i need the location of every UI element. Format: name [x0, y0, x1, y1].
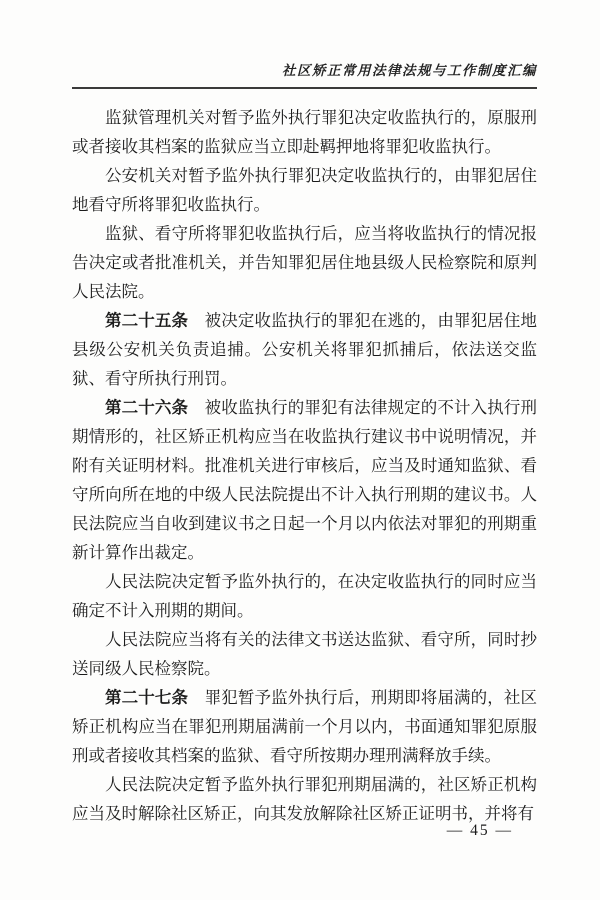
paragraph: 第二十五条被决定收监执行的罪犯在逃的，由罪犯居住地县级公安机关负责追捕。公安机关…: [72, 306, 537, 393]
paragraph: 人民法院决定暂予监外执行罪犯刑期届满的，社区矫正机构应当及时解除社区矫正，向其发…: [72, 770, 537, 828]
header-rule: [72, 87, 537, 89]
paragraph: 人民法院应当将有关的法律文书送达监狱、看守所，同时抄送同级人民检察院。: [72, 625, 537, 683]
paragraph-text: 监狱、看守所将罪犯收监执行后，应当将收监执行的情况报告决定或者批准机关，并告知罪…: [72, 224, 537, 301]
paragraph-text: 公安机关对暂予监外执行罪犯决定收监执行的，由罪犯居住地看守所将罪犯收监执行。: [72, 166, 537, 214]
document-page: 社区矫正常用法律法规与工作制度汇编 监狱管理机关对暂予监外执行罪犯决定收监执行的…: [0, 0, 600, 900]
page-number: — 45 —: [447, 822, 513, 840]
paragraph: 第二十六条被收监执行的罪犯有法律规定的不计入执行刑期情形的，社区矫正机构应当在收…: [72, 393, 537, 567]
paragraph: 第二十七条罪犯暂予监外执行后，刑期即将届满的，社区矫正机构应当在罪犯刑期届满前一…: [72, 683, 537, 770]
page-content: 社区矫正常用法律法规与工作制度汇编 监狱管理机关对暂予监外执行罪犯决定收监执行的…: [72, 62, 537, 828]
article-number: 第二十五条: [105, 311, 188, 330]
paragraph-text: 被收监执行的罪犯有法律规定的不计入执行刑期情形的，社区矫正机构应当在收监执行建议…: [72, 398, 537, 562]
paragraph: 监狱管理机关对暂予监外执行罪犯决定收监执行的，原服刑或者接收其档案的监狱应当立即…: [72, 103, 537, 161]
paragraph: 监狱、看守所将罪犯收监执行后，应当将收监执行的情况报告决定或者批准机关，并告知罪…: [72, 219, 537, 306]
paragraph: 人民法院决定暂予监外执行的，在决定收监执行的同时应当确定不计入刑期的期间。: [72, 567, 537, 625]
article-number: 第二十七条: [105, 688, 188, 707]
paragraph: 公安机关对暂予监外执行罪犯决定收监执行的，由罪犯居住地看守所将罪犯收监执行。: [72, 161, 537, 219]
article-number: 第二十六条: [105, 398, 188, 417]
paragraph-text: 人民法院决定暂予监外执行的，在决定收监执行的同时应当确定不计入刑期的期间。: [72, 572, 537, 620]
paragraph-text: 人民法院应当将有关的法律文书送达监狱、看守所，同时抄送同级人民检察院。: [72, 630, 537, 678]
running-header-title: 社区矫正常用法律法规与工作制度汇编: [72, 62, 537, 80]
document-body: 监狱管理机关对暂予监外执行罪犯决定收监执行的，原服刑或者接收其档案的监狱应当立即…: [72, 103, 537, 828]
paragraph-text: 人民法院决定暂予监外执行罪犯刑期届满的，社区矫正机构应当及时解除社区矫正，向其发…: [72, 775, 537, 823]
paragraph-text: 监狱管理机关对暂予监外执行罪犯决定收监执行的，原服刑或者接收其档案的监狱应当立即…: [72, 108, 537, 156]
